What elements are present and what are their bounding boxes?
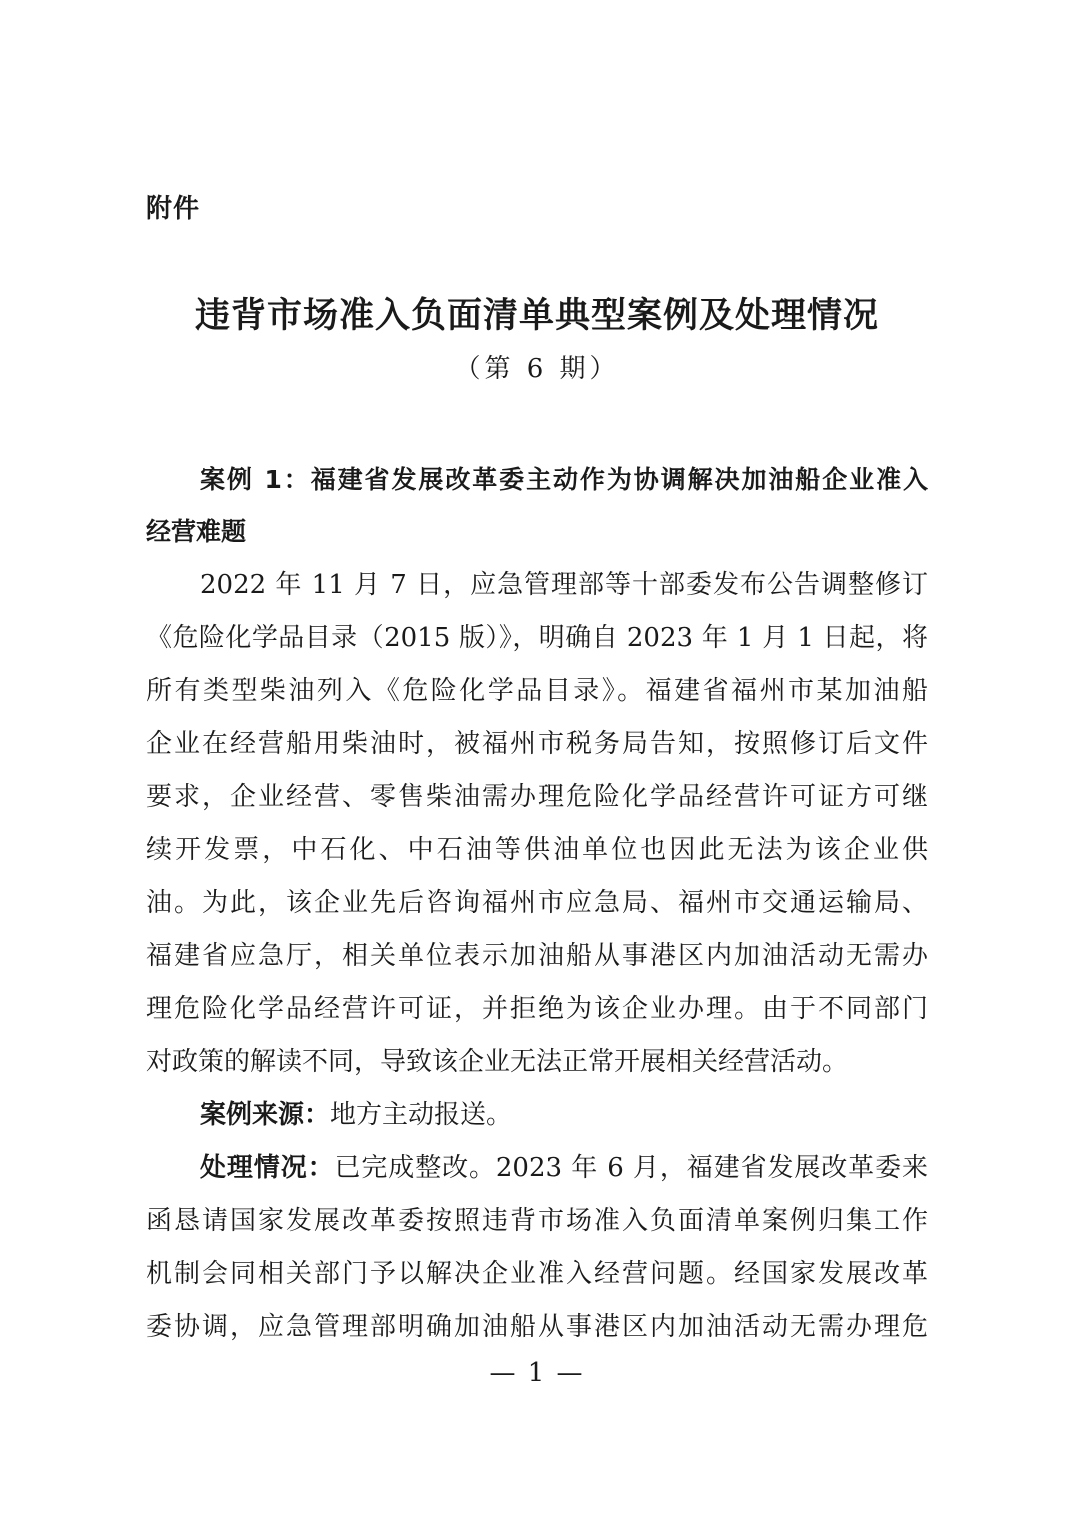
body-line: 油。为此，该企业先后咨询福州市应急局、福州市交通运输局、 [146,888,928,918]
handling-status: 处理情况：已完成整改。2023 年 6 月，福建省发展改革委来 [200,1153,928,1183]
body-line: 福建省应急厅，相关单位表示加油船从事港区内加油活动无需办 [146,941,928,971]
body-line: 所有类型柴油列入《危险化学品目录》。福建省福州市某加油船 [146,676,928,706]
document-title: 违背市场准入负面清单典型案例及处理情况 [0,288,1074,338]
case-source-text: 地方主动报送。 [330,1100,512,1130]
page-number: — 1 — [0,1358,1074,1388]
issue-number: （第 6 期） [0,348,1074,385]
case-source-label: 案例来源： [200,1100,330,1130]
body-line: 2022 年 11 月 7 日，应急管理部等十部委发布公告调整修订 [200,570,928,600]
attachment-label: 附件 [146,188,200,225]
handling-line: 机制会同相关部门予以解决企业准入经营问题。经国家发展改革 [146,1259,928,1289]
case-heading-line-1: 案例 1：福建省发展改革委主动作为协调解决加油船企业准入 [200,465,928,495]
case-source: 案例来源：地方主动报送。 [200,1100,928,1130]
body-line: 《危险化学品目录（2015 版）》，明确自 2023 年 1 月 1 日起，将 [146,623,928,653]
handling-label: 处理情况： [200,1153,335,1183]
body-line: 企业在经营船用柴油时，被福州市税务局告知，按照修订后文件 [146,729,928,759]
handling-line: 函恳请国家发展改革委按照违背市场准入负面清单案例归集工作 [146,1206,928,1236]
document-page: 附件 违背市场准入负面清单典型案例及处理情况 （第 6 期） 案例 1：福建省发… [0,0,1074,1520]
case-heading-line-2: 经营难题 [146,517,928,547]
body-line: 要求，企业经营、零售柴油需办理危险化学品经营许可证方可继 [146,782,928,812]
body-line: 理危险化学品经营许可证，并拒绝为该企业办理。由于不同部门 [146,994,928,1024]
handling-text: 已完成整改。2023 年 6 月，福建省发展改革委来 [335,1153,928,1183]
body-line: 对政策的解读不同，导致该企业无法正常开展相关经营活动。 [146,1047,928,1077]
body-line: 续开发票，中石化、中石油等供油单位也因此无法为该企业供 [146,835,928,865]
handling-line: 委协调，应急管理部明确加油船从事港区内加油活动无需办理危 [146,1312,928,1342]
